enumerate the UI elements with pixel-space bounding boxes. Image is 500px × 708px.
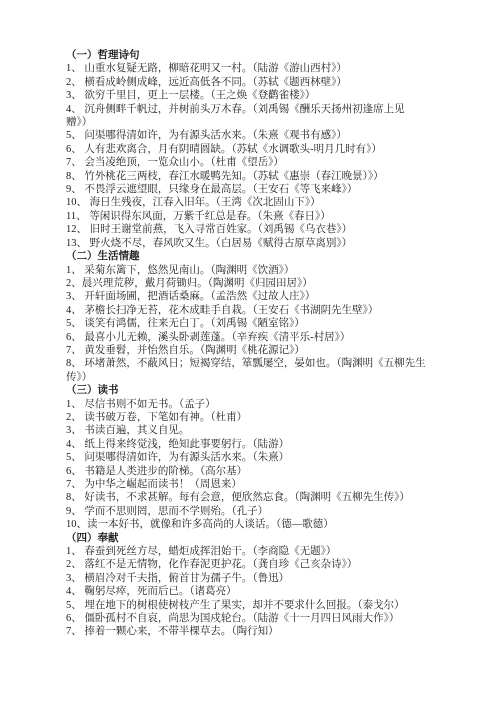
- quote-item: 8、 竹外桃花三两枝，春江水暖鸭先知。（苏轼《惠崇（春江晚景）》）: [66, 170, 444, 183]
- quote-item: 2、 横看成岭侧成峰，远近高低各不同。（苏轼《题西林壁》）: [66, 76, 444, 89]
- quote-item: 9、 学而不思则罔，思而不学则殆。（孔子）: [66, 505, 444, 518]
- section-title: （四）奉献: [66, 532, 444, 545]
- section-title: （一）哲理诗句: [66, 49, 444, 62]
- quote-item: 7、 会当凌绝顶，一览众山小。（杜甫《望岳》）: [66, 156, 444, 169]
- section-title: （二）生活情趣: [66, 250, 444, 263]
- quote-item: 1、 山重水复疑无路，柳暗花明又一村。（陆游《游山西村》）: [66, 62, 444, 75]
- quote-item: 3、 书读百遍，其义自见。: [66, 424, 444, 437]
- quote-item: 3、 欲穷千里目，更上一层楼。（王之焕《登鹳雀楼》）: [66, 89, 444, 102]
- quote-item: 5、 问渠哪得清如许，为有源头活水来。（朱熹）: [66, 451, 444, 464]
- quote-item: 10、 海日生残夜，江春入旧年。（王湾《次北固山下》）: [66, 196, 444, 209]
- quote-item: 8、 好读书，不求甚解。每有会意，便欣然忘食。（陶渊明《五柳先生传》）: [66, 491, 444, 504]
- quote-item: 7、 黄发垂髫，并怡然自乐。（陶渊明《桃花源记》）: [66, 344, 444, 357]
- quote-item: 5、 埋在地下的树根使树枝产生了果实，却并不要求什么回报。（泰戈尔）: [66, 599, 444, 612]
- quote-item: 3、 横眉冷对千夫指，俯首甘为孺子牛。（鲁迅）: [66, 572, 444, 585]
- quote-item: 6、 最喜小儿无赖，溪头卧剥莲蓬。（辛弃疾《清平乐-村居》）: [66, 331, 444, 344]
- quote-item: 13、 野火烧不尽，春风吹又生。（白居易《赋得古原草离别》）: [66, 237, 444, 250]
- quote-item: 4、 纸上得来终觉浅，绝知此事要躬行。（陆游）: [66, 438, 444, 451]
- quote-item: 9、 不畏浮云遮望眼，只缘身在最高层。（王安石《等飞来峰》）: [66, 183, 444, 196]
- quote-item: 4、 鞠躬尽瘁，死而后已。（诸葛亮）: [66, 585, 444, 598]
- quote-item: 3、 开轩面场圃，把酒话桑麻。（孟浩然《过故人庄》）: [66, 290, 444, 303]
- quote-item: 2、 落红不是无情物，化作春泥更护花。（龚自珍《己亥杂诗》）: [66, 558, 444, 571]
- quote-item: 1、 尽信书则不如无书。（孟子）: [66, 398, 444, 411]
- quote-item: 4、 沉舟侧畔千帆过，并树前头万木春。（刘禹锡《酬乐天扬州初逢席上见 赠》）: [66, 103, 444, 130]
- quote-item: 10、读一本好书，就像和许多高尚的人谈话。（德—歌德）: [66, 518, 444, 531]
- document-page: （一）哲理诗句1、 山重水复疑无路，柳暗花明又一村。（陆游《游山西村》）2、 横…: [0, 0, 500, 708]
- quote-item: 8、 环堵萧然，不蔽风日；短褐穿结，箪瓢屡空，晏如也。（陶渊明《五柳先生 传》）: [66, 357, 444, 384]
- quote-item: 11、 等闲识得东风面，万紫千红总是春。（朱熹《春日》）: [66, 210, 444, 223]
- quote-item: 2、 读书破万卷，下笔如有神。（杜甫）: [66, 411, 444, 424]
- quote-item: 1、 春蚕到死丝方尽，蜡炬成挥泪始干。（李商隐《无题》）: [66, 545, 444, 558]
- quote-item: 7、 捧着一颗心来，不带半棵草去。（陶行知）: [66, 625, 444, 638]
- document-content: （一）哲理诗句1、 山重水复疑无路，柳暗花明又一村。（陆游《游山西村》）2、 横…: [66, 49, 444, 639]
- quote-item: 12、 旧时王谢堂前燕，飞入寻常百姓家。（刘禹锡《乌衣巷》）: [66, 223, 444, 236]
- section-title: （三）读书: [66, 384, 444, 397]
- quote-item: 7、 为中华之崛起而读书！（周恩来）: [66, 478, 444, 491]
- quote-item: 5、 谈笑有鸿儒，往来无白丁。（刘禹锡《陋室铭》）: [66, 317, 444, 330]
- quote-item: 6、 人有悲欢离合，月有阴晴圆缺。（苏轼《水调歌头-明月几时有》）: [66, 143, 444, 156]
- quote-item: 5、 问渠哪得清如许，为有源头活水来。（朱熹《观书有感》）: [66, 129, 444, 142]
- quote-item: 6、 书籍是人类进步的阶梯。（高尔基）: [66, 465, 444, 478]
- quote-item: 4、 茅檐长扫净无苔，花木成畦手自栽。（王安石《书湖阴先生壁》）: [66, 304, 444, 317]
- quote-item: 6、 僵卧孤村不自哀，尚思为国戍轮台。（陆游《十一月四日风雨大作》）: [66, 612, 444, 625]
- quote-item: 2、晨兴理荒秽，戴月荷锄归。（陶渊明《归园田居》）: [66, 277, 444, 290]
- quote-item: 1、 采菊东篱下，悠然见南山。（陶渊明《饮酒》）: [66, 264, 444, 277]
